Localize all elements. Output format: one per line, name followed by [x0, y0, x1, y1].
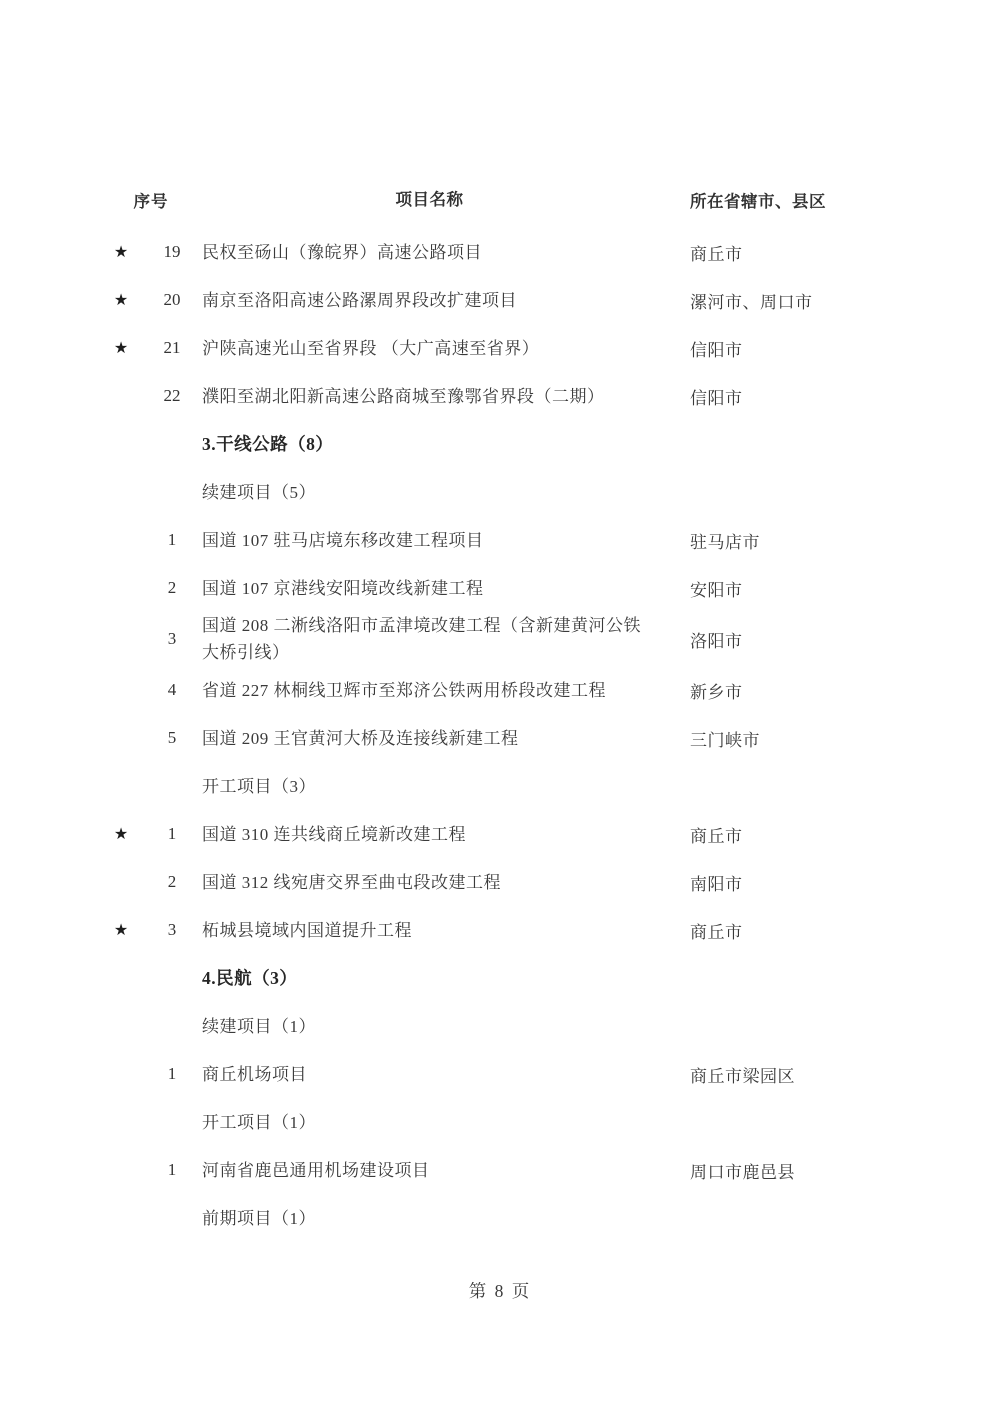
- group-heading-row: 4.民航（3）: [0, 954, 1000, 1002]
- project-name: 商丘机场项目: [202, 1061, 682, 1088]
- star-icon: ★: [100, 338, 142, 358]
- project-location: 三门峡市: [682, 726, 1000, 751]
- table-row: 3 国道 208 二淅线洛阳市孟津境改建工程（含新建黄河公铁大桥引线） 洛阳市: [0, 612, 1000, 666]
- row-index: 5: [142, 728, 202, 748]
- row-index: 1: [142, 1064, 202, 1084]
- project-location: 洛阳市: [682, 627, 1000, 652]
- table-row: 1 河南省鹿邑通用机场建设项目 周口市鹿邑县: [0, 1146, 1000, 1194]
- project-location: 商丘市: [682, 822, 1000, 847]
- row-index: 2: [142, 872, 202, 892]
- row-index: 21: [142, 338, 202, 358]
- project-location: 南阳市: [682, 870, 1000, 895]
- star-icon: ★: [100, 242, 142, 262]
- row-index: 3: [142, 629, 202, 649]
- project-location: 商丘市: [682, 918, 1000, 943]
- project-name: 国道 209 王官黄河大桥及连接线新建工程: [202, 725, 682, 752]
- table-row: 1 商丘机场项目 商丘市梁园区: [0, 1050, 1000, 1098]
- group-heading-row: 开工项目（3）: [0, 762, 1000, 810]
- group-heading-row: 3.干线公路（8）: [0, 420, 1000, 468]
- project-location: 信阳市: [682, 384, 1000, 409]
- group-title: 续建项目（1）: [202, 1013, 682, 1040]
- project-location: 新乡市: [682, 678, 1000, 703]
- row-index: 2: [142, 578, 202, 598]
- column-header-location: 所在省辖市、县区: [682, 188, 1000, 212]
- project-name: 国道 208 二淅线洛阳市孟津境改建工程（含新建黄河公铁大桥引线）: [202, 612, 682, 666]
- star-icon: ★: [100, 920, 142, 940]
- project-name: 南京至洛阳高速公路漯周界段改扩建项目: [202, 287, 682, 314]
- group-heading-row: 续建项目（5）: [0, 468, 1000, 516]
- row-index: 3: [142, 920, 202, 940]
- group-heading-row: 前期项目（1）: [0, 1194, 1000, 1242]
- project-location: 周口市鹿邑县: [682, 1158, 1000, 1183]
- table-row: 2 国道 312 线宛唐交界至曲屯段改建工程 南阳市: [0, 858, 1000, 906]
- row-index: 22: [142, 386, 202, 406]
- table-row: ★ 1 国道 310 连共线商丘境新改建工程 商丘市: [0, 810, 1000, 858]
- group-title: 开工项目（1）: [202, 1109, 682, 1136]
- group-title: 续建项目（5）: [202, 479, 682, 506]
- project-name: 河南省鹿邑通用机场建设项目: [202, 1157, 682, 1184]
- table-body: ★ 19 民权至砀山（豫皖界）高速公路项目 商丘市 ★ 20 南京至洛阳高速公路…: [0, 228, 1000, 1242]
- table-row: 22 濮阳至湖北阳新高速公路商城至豫鄂省界段（二期） 信阳市: [0, 372, 1000, 420]
- project-name: 濮阳至湖北阳新高速公路商城至豫鄂省界段（二期）: [202, 383, 682, 410]
- project-name: 国道 107 驻马店境东移改建工程项目: [202, 527, 682, 554]
- project-location: 驻马店市: [682, 528, 1000, 553]
- table-row: 2 国道 107 京港线安阳境改线新建工程 安阳市: [0, 564, 1000, 612]
- table-row: 5 国道 209 王官黄河大桥及连接线新建工程 三门峡市: [0, 714, 1000, 762]
- group-title: 开工项目（3）: [202, 773, 682, 800]
- project-name: 国道 310 连共线商丘境新改建工程: [202, 821, 682, 848]
- group-heading-row: 开工项目（1）: [0, 1098, 1000, 1146]
- project-name: 柘城县境域内国道提升工程: [202, 917, 682, 944]
- group-heading-row: 续建项目（1）: [0, 1002, 1000, 1050]
- document-page: 序号 项目名称 所在省辖市、县区 ★ 19 民权至砀山（豫皖界）高速公路项目 商…: [0, 0, 1000, 1414]
- row-index: 20: [142, 290, 202, 310]
- table-row: 1 国道 107 驻马店境东移改建工程项目 驻马店市: [0, 516, 1000, 564]
- project-table: 序号 项目名称 所在省辖市、县区 ★ 19 民权至砀山（豫皖界）高速公路项目 商…: [0, 172, 1000, 1242]
- star-icon: ★: [100, 824, 142, 844]
- project-location: 商丘市梁园区: [682, 1062, 1000, 1087]
- group-title: 4.民航（3）: [202, 965, 682, 992]
- project-name: 民权至砀山（豫皖界）高速公路项目: [202, 239, 682, 266]
- project-location: 商丘市: [682, 240, 1000, 265]
- table-row: ★ 19 民权至砀山（豫皖界）高速公路项目 商丘市: [0, 228, 1000, 276]
- project-location: 信阳市: [682, 336, 1000, 361]
- star-icon: ★: [100, 290, 142, 310]
- row-index: 1: [142, 530, 202, 550]
- project-location: 漯河市、周口市: [682, 288, 1000, 313]
- table-row: ★ 20 南京至洛阳高速公路漯周界段改扩建项目 漯河市、周口市: [0, 276, 1000, 324]
- column-header-index: 序号: [100, 188, 202, 212]
- row-index: 4: [142, 680, 202, 700]
- page-number: 第 8 页: [0, 1278, 1000, 1303]
- project-name: 省道 227 林桐线卫辉市至郑济公铁两用桥段改建工程: [202, 677, 682, 704]
- table-header-row: 序号 项目名称 所在省辖市、县区: [0, 172, 1000, 228]
- project-location: 安阳市: [682, 576, 1000, 601]
- row-index: 19: [142, 242, 202, 262]
- table-row: 4 省道 227 林桐线卫辉市至郑济公铁两用桥段改建工程 新乡市: [0, 666, 1000, 714]
- project-name: 国道 107 京港线安阳境改线新建工程: [202, 575, 682, 602]
- project-name: 国道 312 线宛唐交界至曲屯段改建工程: [202, 869, 682, 896]
- table-row: ★ 21 沪陕高速光山至省界段 （大广高速至省界） 信阳市: [0, 324, 1000, 372]
- row-index: 1: [142, 1160, 202, 1180]
- table-row: ★ 3 柘城县境域内国道提升工程 商丘市: [0, 906, 1000, 954]
- project-name: 沪陕高速光山至省界段 （大广高速至省界）: [202, 335, 682, 362]
- row-index: 1: [142, 824, 202, 844]
- group-title: 前期项目（1）: [202, 1205, 682, 1232]
- column-header-name: 项目名称: [202, 187, 682, 214]
- group-title: 3.干线公路（8）: [202, 431, 682, 458]
